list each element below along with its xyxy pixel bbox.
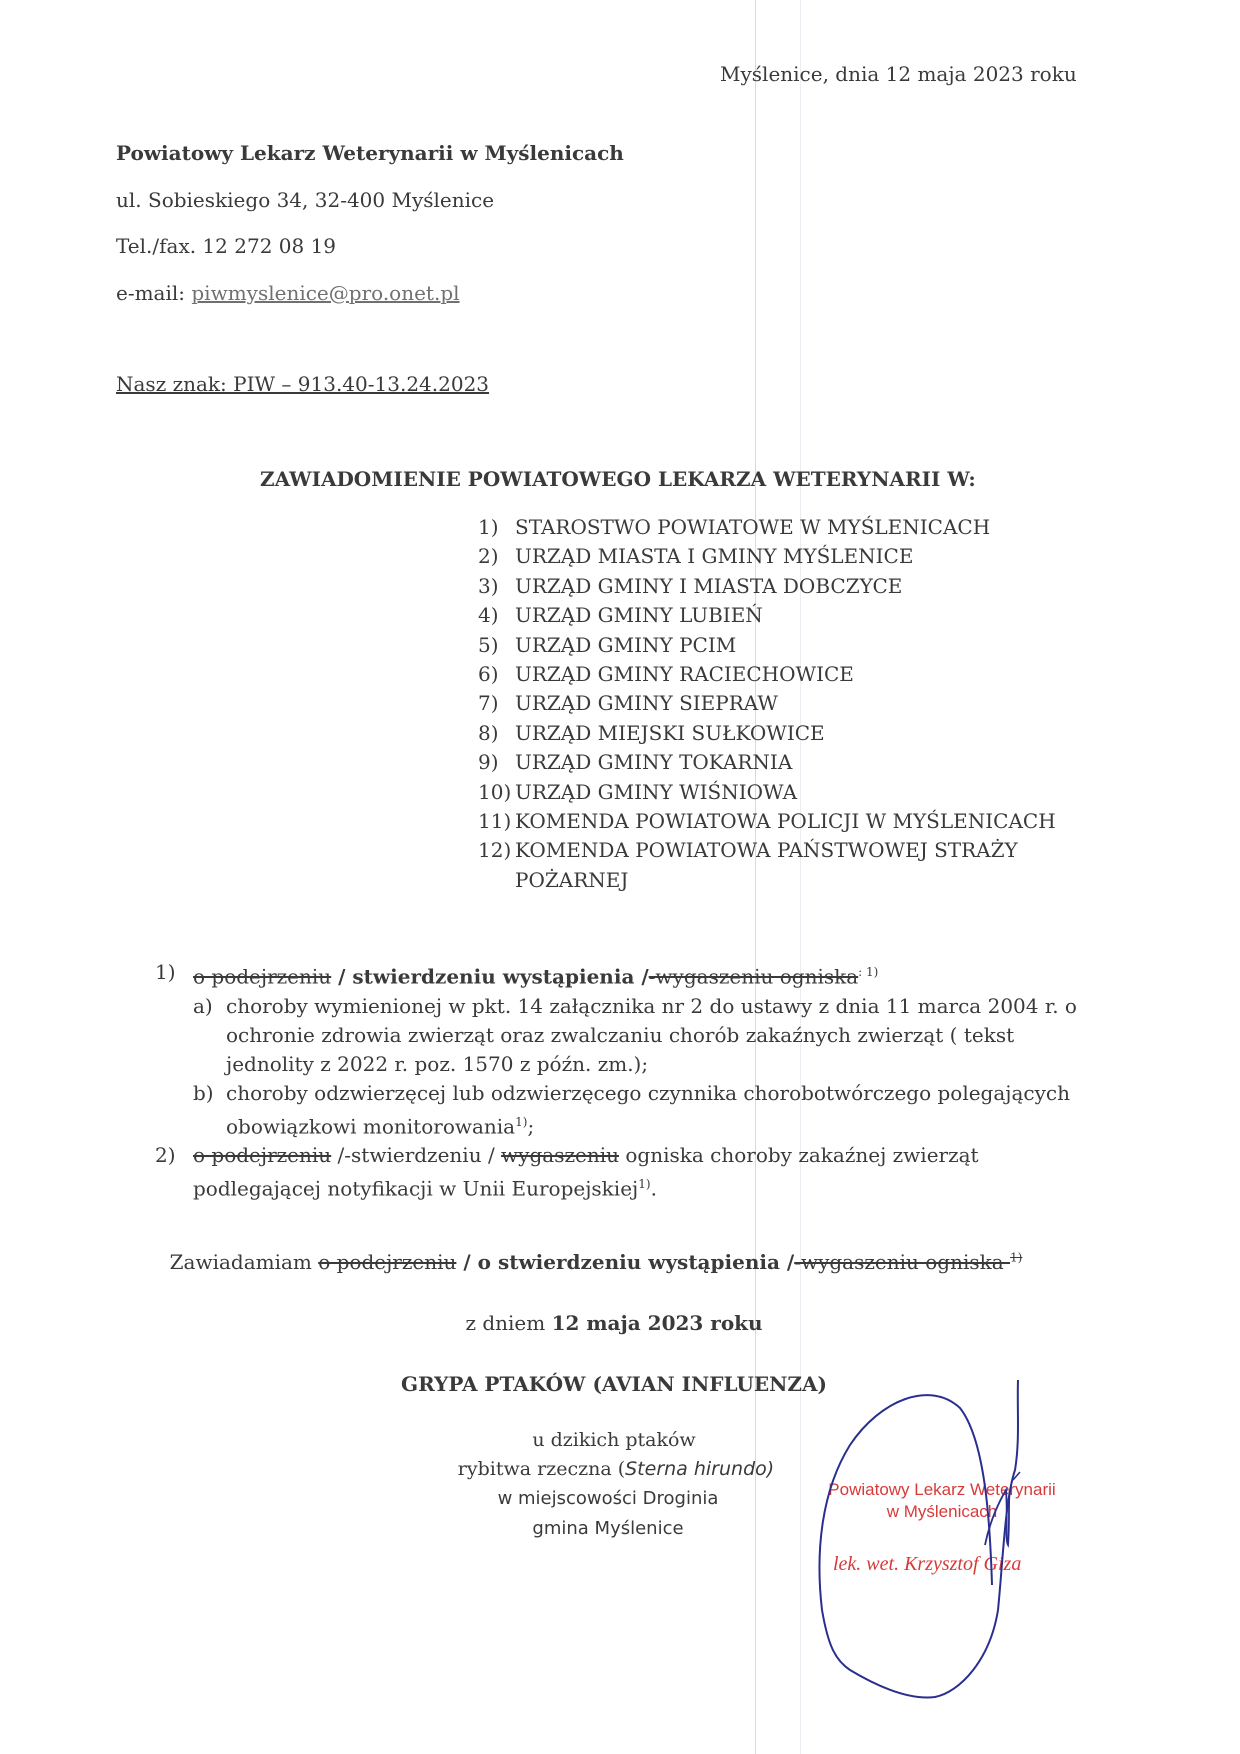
footnote-ref: 1) [1010,1250,1022,1264]
recipient-item: 8)URZĄD MIEJSKI SUŁKOWICE [478,719,1056,748]
footnote-ref: : 1) [858,965,878,979]
animal-group: u dzikich ptaków [0,1429,1234,1451]
species: rybitwa rzeczna (Sterna hirundo) [0,1458,1236,1480]
recipient-item: 4)URZĄD GMINY LUBIEŃ [478,601,1056,630]
sender-name: Powiatowy Lekarz Weterynarii w Myślenica… [116,141,624,165]
disease-name: GRYPA PTAKÓW (AVIAN INFLUENZA) [0,1372,1234,1396]
stamp-signatory-name: lek. wet. Krzysztof Giza [833,1553,1021,1576]
recipient-item: 6)URZĄD GMINY RACIECHOWICE [478,660,1056,689]
notice-date: z dniem 12 maja 2023 roku [0,1311,1234,1335]
list-item-2: 2) o podejrzeniu /-stwierdzeniu / wygasz… [155,1141,1077,1204]
reference-number: Nasz znak: PIW – 913.40-13.24.2023 [116,372,489,396]
official-stamp: Powiatowy Lekarz Weterynarii w Myślenica… [812,1479,1072,1523]
recipient-item: 7)URZĄD GMINY SIEPRAW [478,689,1056,718]
recipient-item: 12)KOMENDA POWIATOWA PAŃSTWOWEJ STRAŻY [478,836,1056,865]
notice-statement: Zawiadamiam o podejrzeniu / o stwierdzen… [0,1250,1216,1274]
email-link[interactable]: piwmyslenice@pro.onet.pl [191,281,459,305]
recipient-item: 5)URZĄD GMINY PCIM [478,631,1056,660]
sender-email-row: e-mail: piwmyslenice@pro.onet.pl [116,281,460,305]
recipient-item: 2)URZĄD MIASTA I GMINY MYŚLENICE [478,542,1056,571]
recipient-item: 9)URZĄD GMINY TOKARNIA [478,748,1056,777]
notification-type-list: 1) o podejrzeniu / stwierdzeniu wystąpie… [155,958,1077,1204]
list-subitem-b: b) choroby odzwierzęcej lub odzwierzęceg… [155,1079,1077,1142]
recipient-item: 11)KOMENDA POWIATOWA POLICJI W MYŚLENICA… [478,807,1056,836]
document-title: ZAWIADOMIENIE POWIATOWEGO LEKARZA WETERY… [260,467,976,491]
sender-phone: Tel./fax. 12 272 08 19 [116,234,336,258]
email-label: e-mail: [116,281,191,305]
recipient-item-continuation: POŻARNEJ [478,866,1056,895]
recipients-list: 1)STAROSTWO POWIATOWE W MYŚLENICACH 2)UR… [478,513,1056,895]
footnote-ref: 1) [638,1177,650,1191]
footnote-ref: 1) [515,1115,527,1129]
place-date: Myślenice, dnia 12 maja 2023 roku [720,62,1077,86]
recipient-item: 1)STAROSTWO POWIATOWE W MYŚLENICACH [478,513,1056,542]
list-item-1: 1) o podejrzeniu / stwierdzeniu wystąpie… [155,958,1077,992]
selected-option: / o stwierdzeniu wystąpienia / [456,1250,794,1274]
struck-option: o podejrzeniu [193,1143,331,1167]
list-subitem-a: a) choroby wymienionej w pkt. 14 załączn… [155,992,1077,1079]
recipient-item: 10)URZĄD GMINY WIŚNIOWA [478,778,1056,807]
struck-option: o podejrzeniu [318,1250,456,1274]
sender-address: ul. Sobieskiego 34, 32-400 Myślenice [116,188,494,212]
struck-option: -wygaszeniu ogniska [649,965,858,989]
struck-option: wygaszeniu [501,1143,619,1167]
struck-option: o podejrzeniu [193,965,331,989]
selected-option: / stwierdzeniu wystąpienia / [331,965,648,989]
struck-option: -wygaszeniu ogniska [794,1250,1010,1274]
recipient-item: 3)URZĄD GMINY I MIASTA DOBCZYCE [478,572,1056,601]
